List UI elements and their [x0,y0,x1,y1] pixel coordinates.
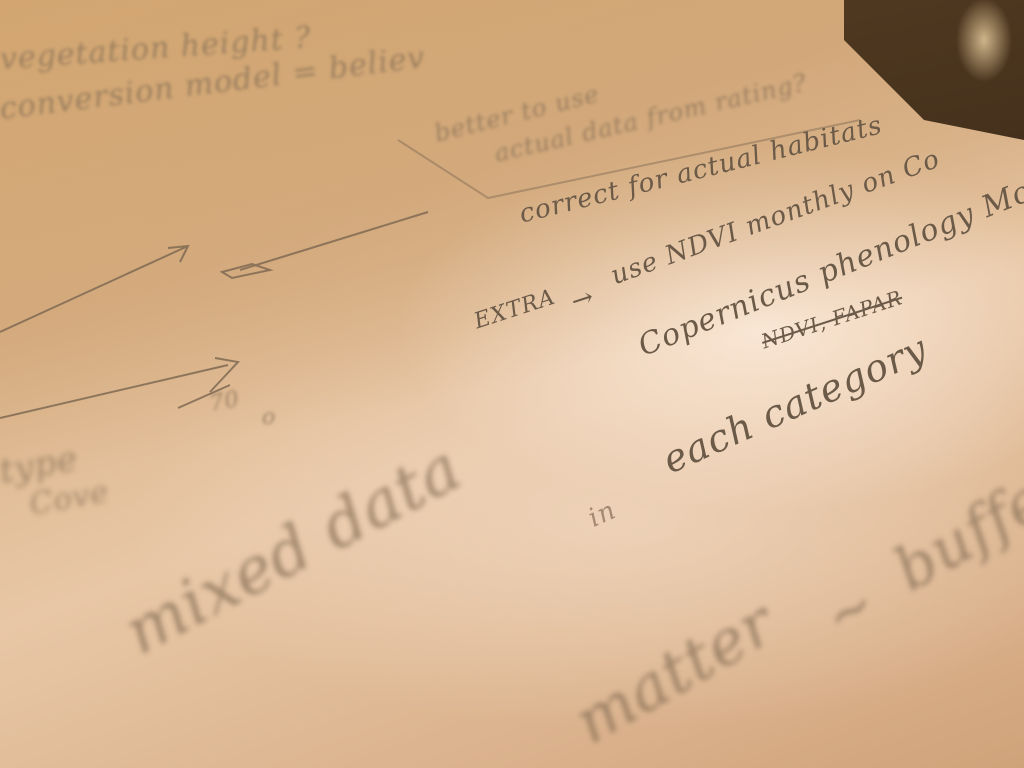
arrow-up-right-2 [0,365,228,418]
arrow-left [240,212,428,270]
note-arrow-o: o [262,405,276,430]
arrow-up-right-1 [0,246,188,332]
note-arrow-70: 70 [208,387,242,417]
